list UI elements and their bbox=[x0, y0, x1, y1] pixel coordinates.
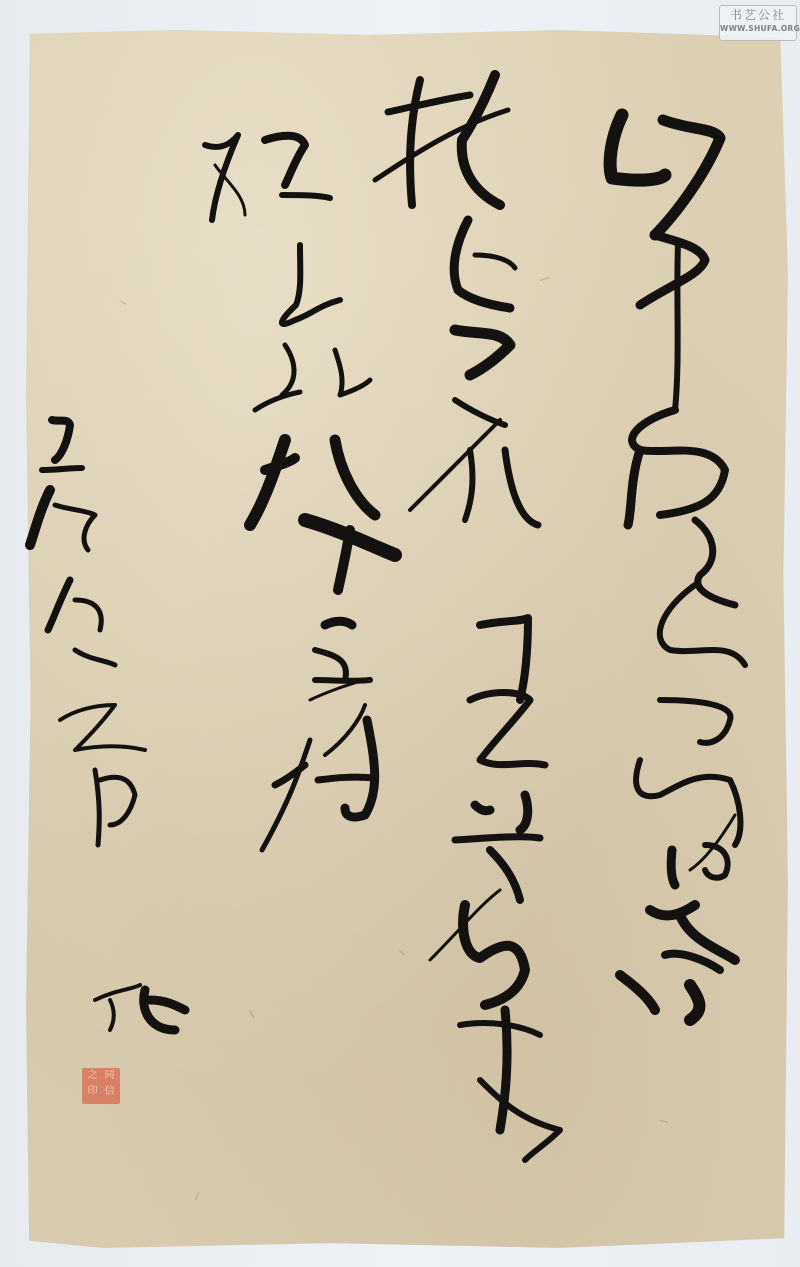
watermark-url: WWW.SHUFA.ORG bbox=[720, 23, 796, 34]
red-seal-stamp: 之 同 印 信 bbox=[82, 1068, 120, 1104]
seal-char: 之 bbox=[84, 1070, 101, 1086]
seal-char: 印 bbox=[84, 1086, 101, 1102]
watermark-chinese-name: 书艺公社 bbox=[720, 8, 796, 23]
seal-char: 信 bbox=[101, 1086, 118, 1102]
site-watermark-logo: 书艺公社 WWW.SHUFA.ORG bbox=[719, 5, 797, 41]
paper-fibers bbox=[119, 277, 667, 1201]
column-3-strokes bbox=[205, 135, 395, 850]
column-2-strokes bbox=[375, 75, 560, 1160]
column-1-strokes bbox=[610, 115, 745, 1020]
seal-char: 同 bbox=[101, 1070, 118, 1086]
signature-strokes bbox=[30, 420, 185, 1030]
calligraphy-ink bbox=[0, 0, 800, 1267]
